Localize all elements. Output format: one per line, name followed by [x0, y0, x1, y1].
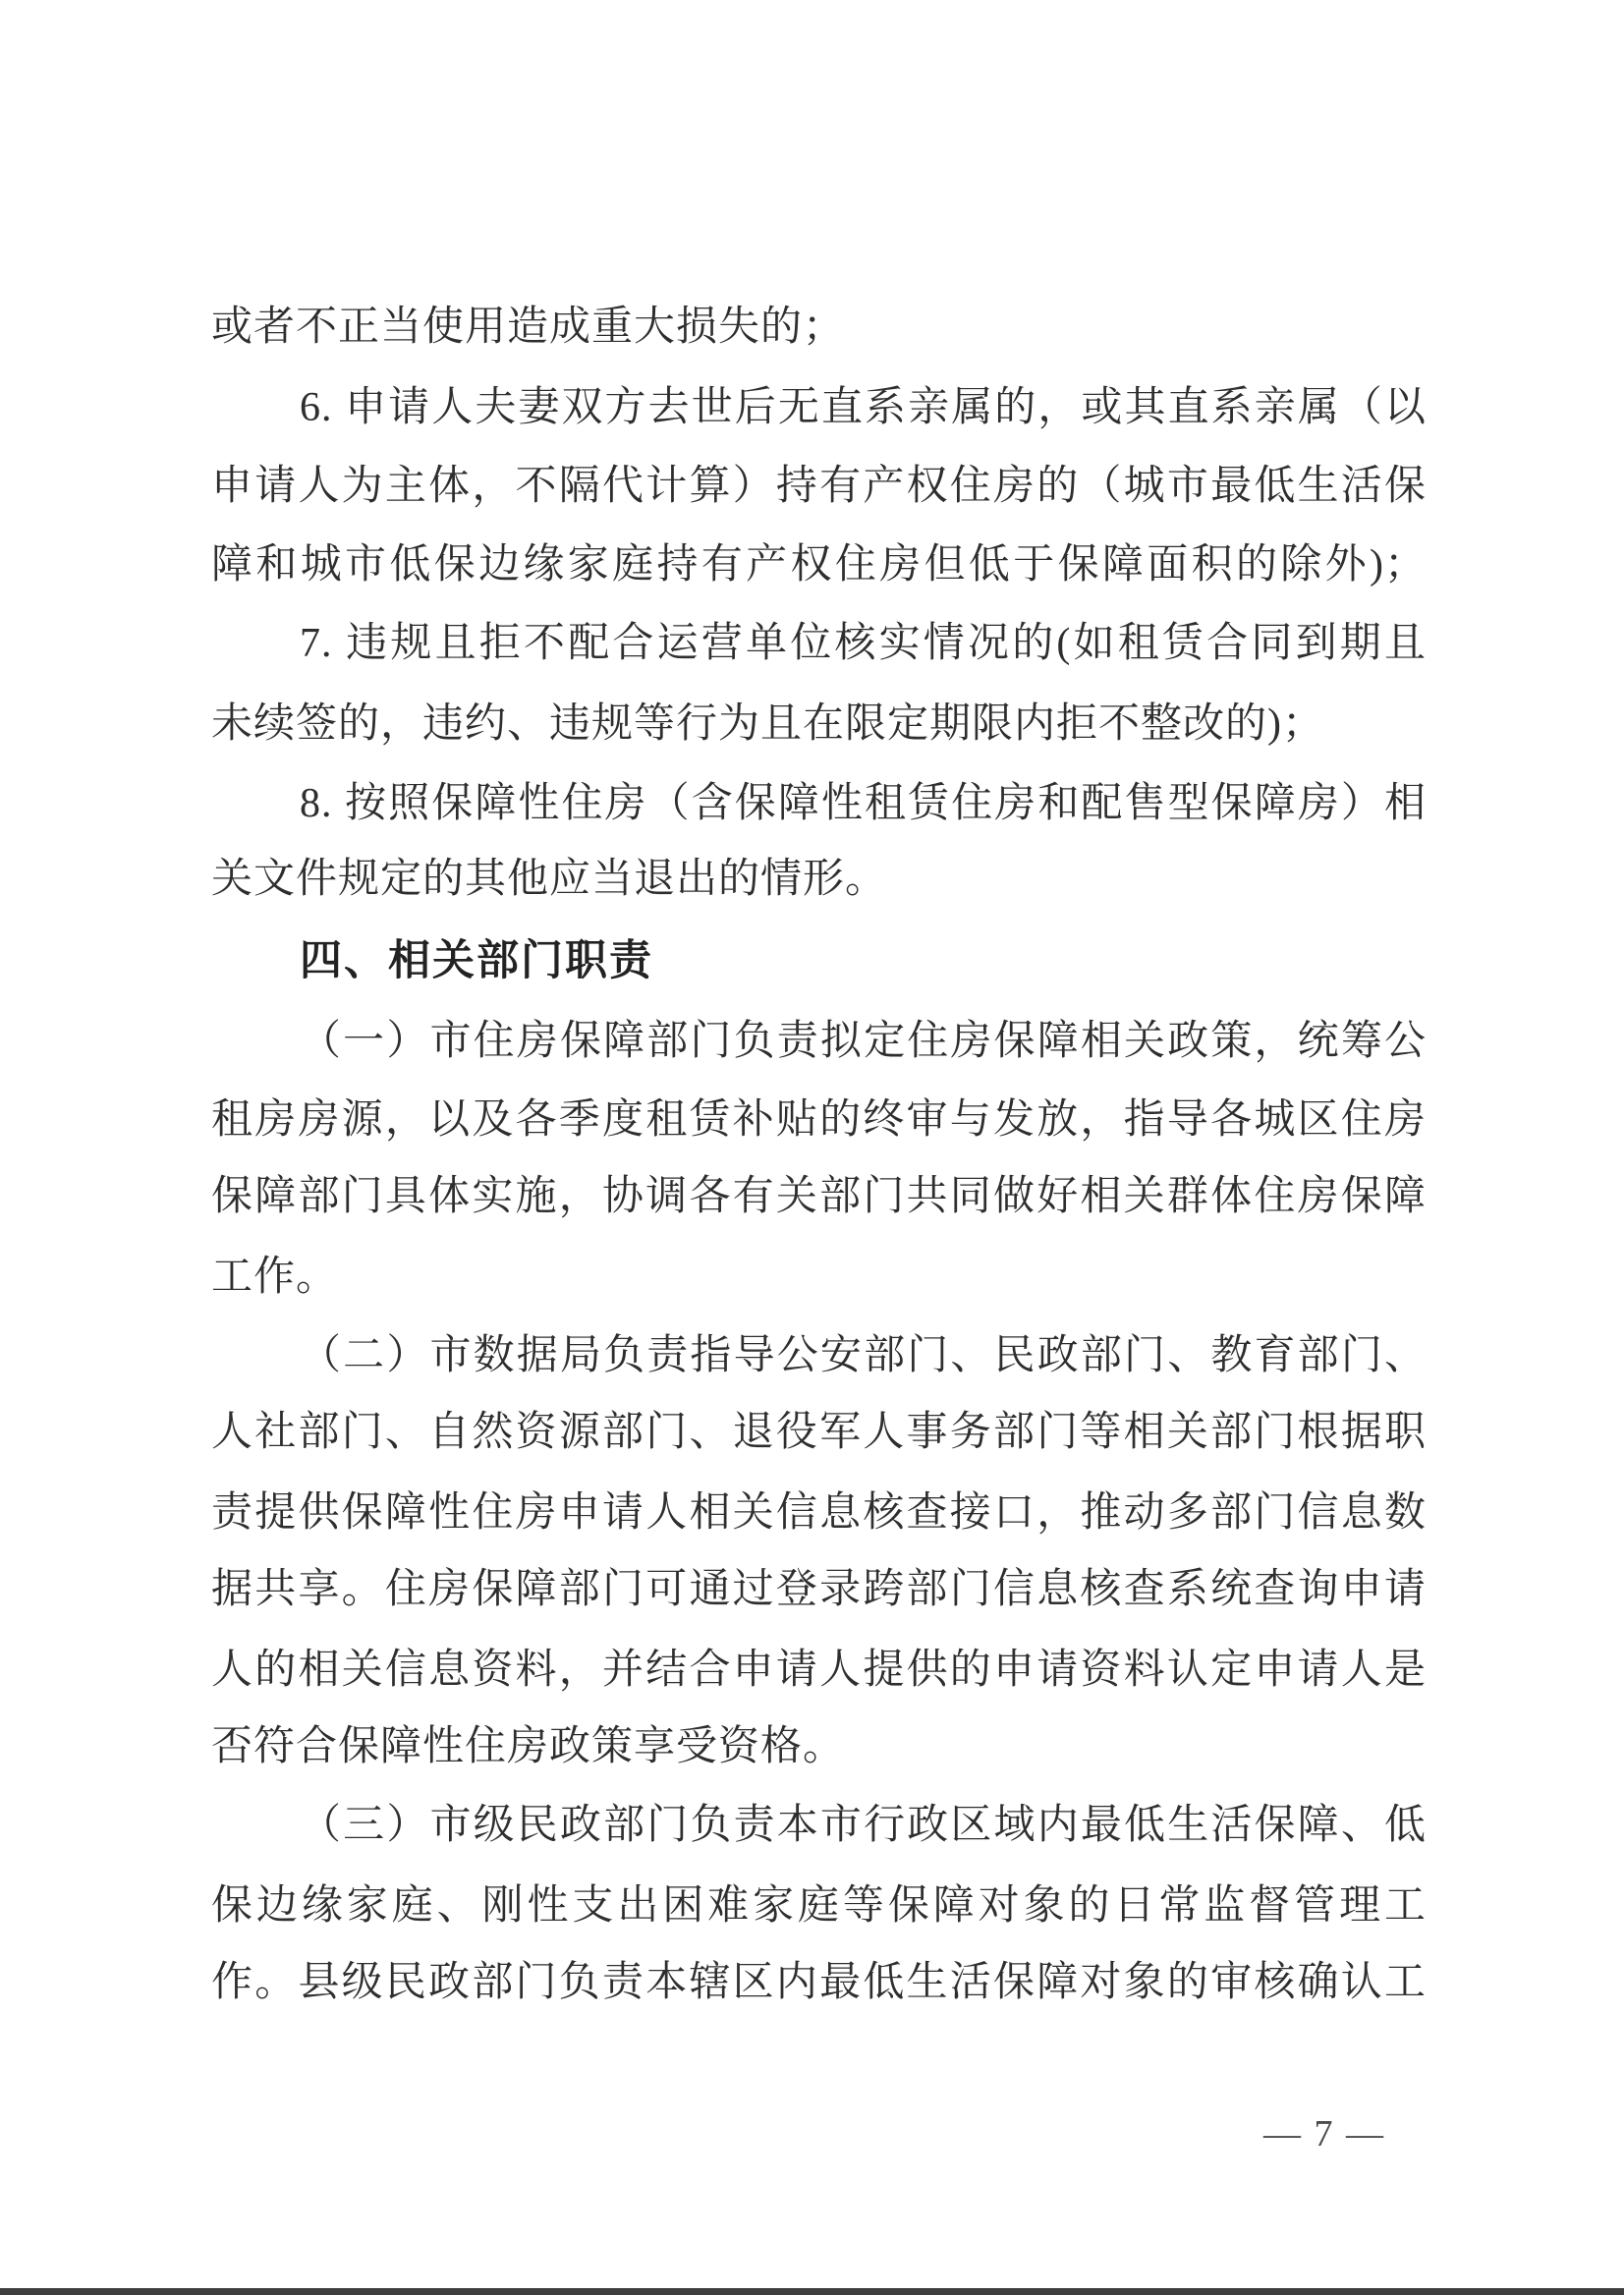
text-line: 否符合保障性住房政策享受资格。 — [211, 1724, 1427, 1769]
text-line: 人的相关信息资料，并结合申请人提供的申请资料认定申请人是 — [211, 1648, 1427, 1693]
text-line: （二）市数据局负责指导公安部门、民政部门、教育部门、 — [211, 1333, 1427, 1378]
text-line: 申请人为主体，不隔代计算）持有产权住房的（城市最低生活保 — [211, 464, 1427, 509]
document-page: 或者不正当使用造成重大损失的； 6. 申请人夫妻双方去世后无直系亲属的，或其直系… — [0, 0, 1624, 2295]
text-line: 障和城市低保边缘家庭持有产权住房但低于保障面积的除外)； — [211, 542, 1427, 588]
text-line: （三）市级民政部门负责本市行政区域内最低生活保障、低 — [211, 1803, 1427, 1848]
section-heading: 四、相关部门职责 — [211, 938, 1427, 983]
text-line: 租房房源，以及各季度租赁补贴的终审与发放，指导各城区住房 — [211, 1097, 1427, 1143]
text-line: 责提供保障性住房申请人相关信息核查接口，推动多部门信息数 — [211, 1490, 1427, 1536]
text-line: 工作。 — [211, 1255, 1427, 1300]
text-line: 7. 违规且拒不配合运营单位核实情况的(如租赁合同到期且 — [211, 621, 1427, 666]
text-line: 保边缘家庭、刚性支出困难家庭等保障对象的日常监督管理工 — [211, 1883, 1427, 1929]
text-line: 8. 按照保障性住房（含保障性租赁住房和配售型保障房）相 — [211, 781, 1427, 826]
text-line: 未续签的，违约、违规等行为且在限定期限内拒不整改的)； — [211, 701, 1427, 747]
text-line: 关文件规定的其他应当退出的情形。 — [211, 857, 1427, 902]
page-number: — 7 — — [1256, 2112, 1393, 2155]
text-line: 保障部门具体实施，协调各有关部门共同做好相关群体住房保障 — [211, 1174, 1427, 1219]
text-line: 人社部门、自然资源部门、退役军人事务部门等相关部门根据职 — [211, 1410, 1427, 1455]
scan-edge-line — [0, 2288, 1624, 2295]
text-line: 6. 申请人夫妻双方去世后无直系亲属的，或其直系亲属（以 — [211, 385, 1427, 430]
text-line: 作。县级民政部门负责本辖区内最低生活保障对象的审核确认工 — [211, 1960, 1427, 2005]
text-line: 或者不正当使用造成重大损失的； — [211, 305, 1427, 350]
text-line: 据共享。住房保障部门可通过登录跨部门信息核查系统查询申请 — [211, 1567, 1427, 1612]
text-line: （一）市住房保障部门负责拟定住房保障相关政策，统筹公 — [211, 1019, 1427, 1064]
